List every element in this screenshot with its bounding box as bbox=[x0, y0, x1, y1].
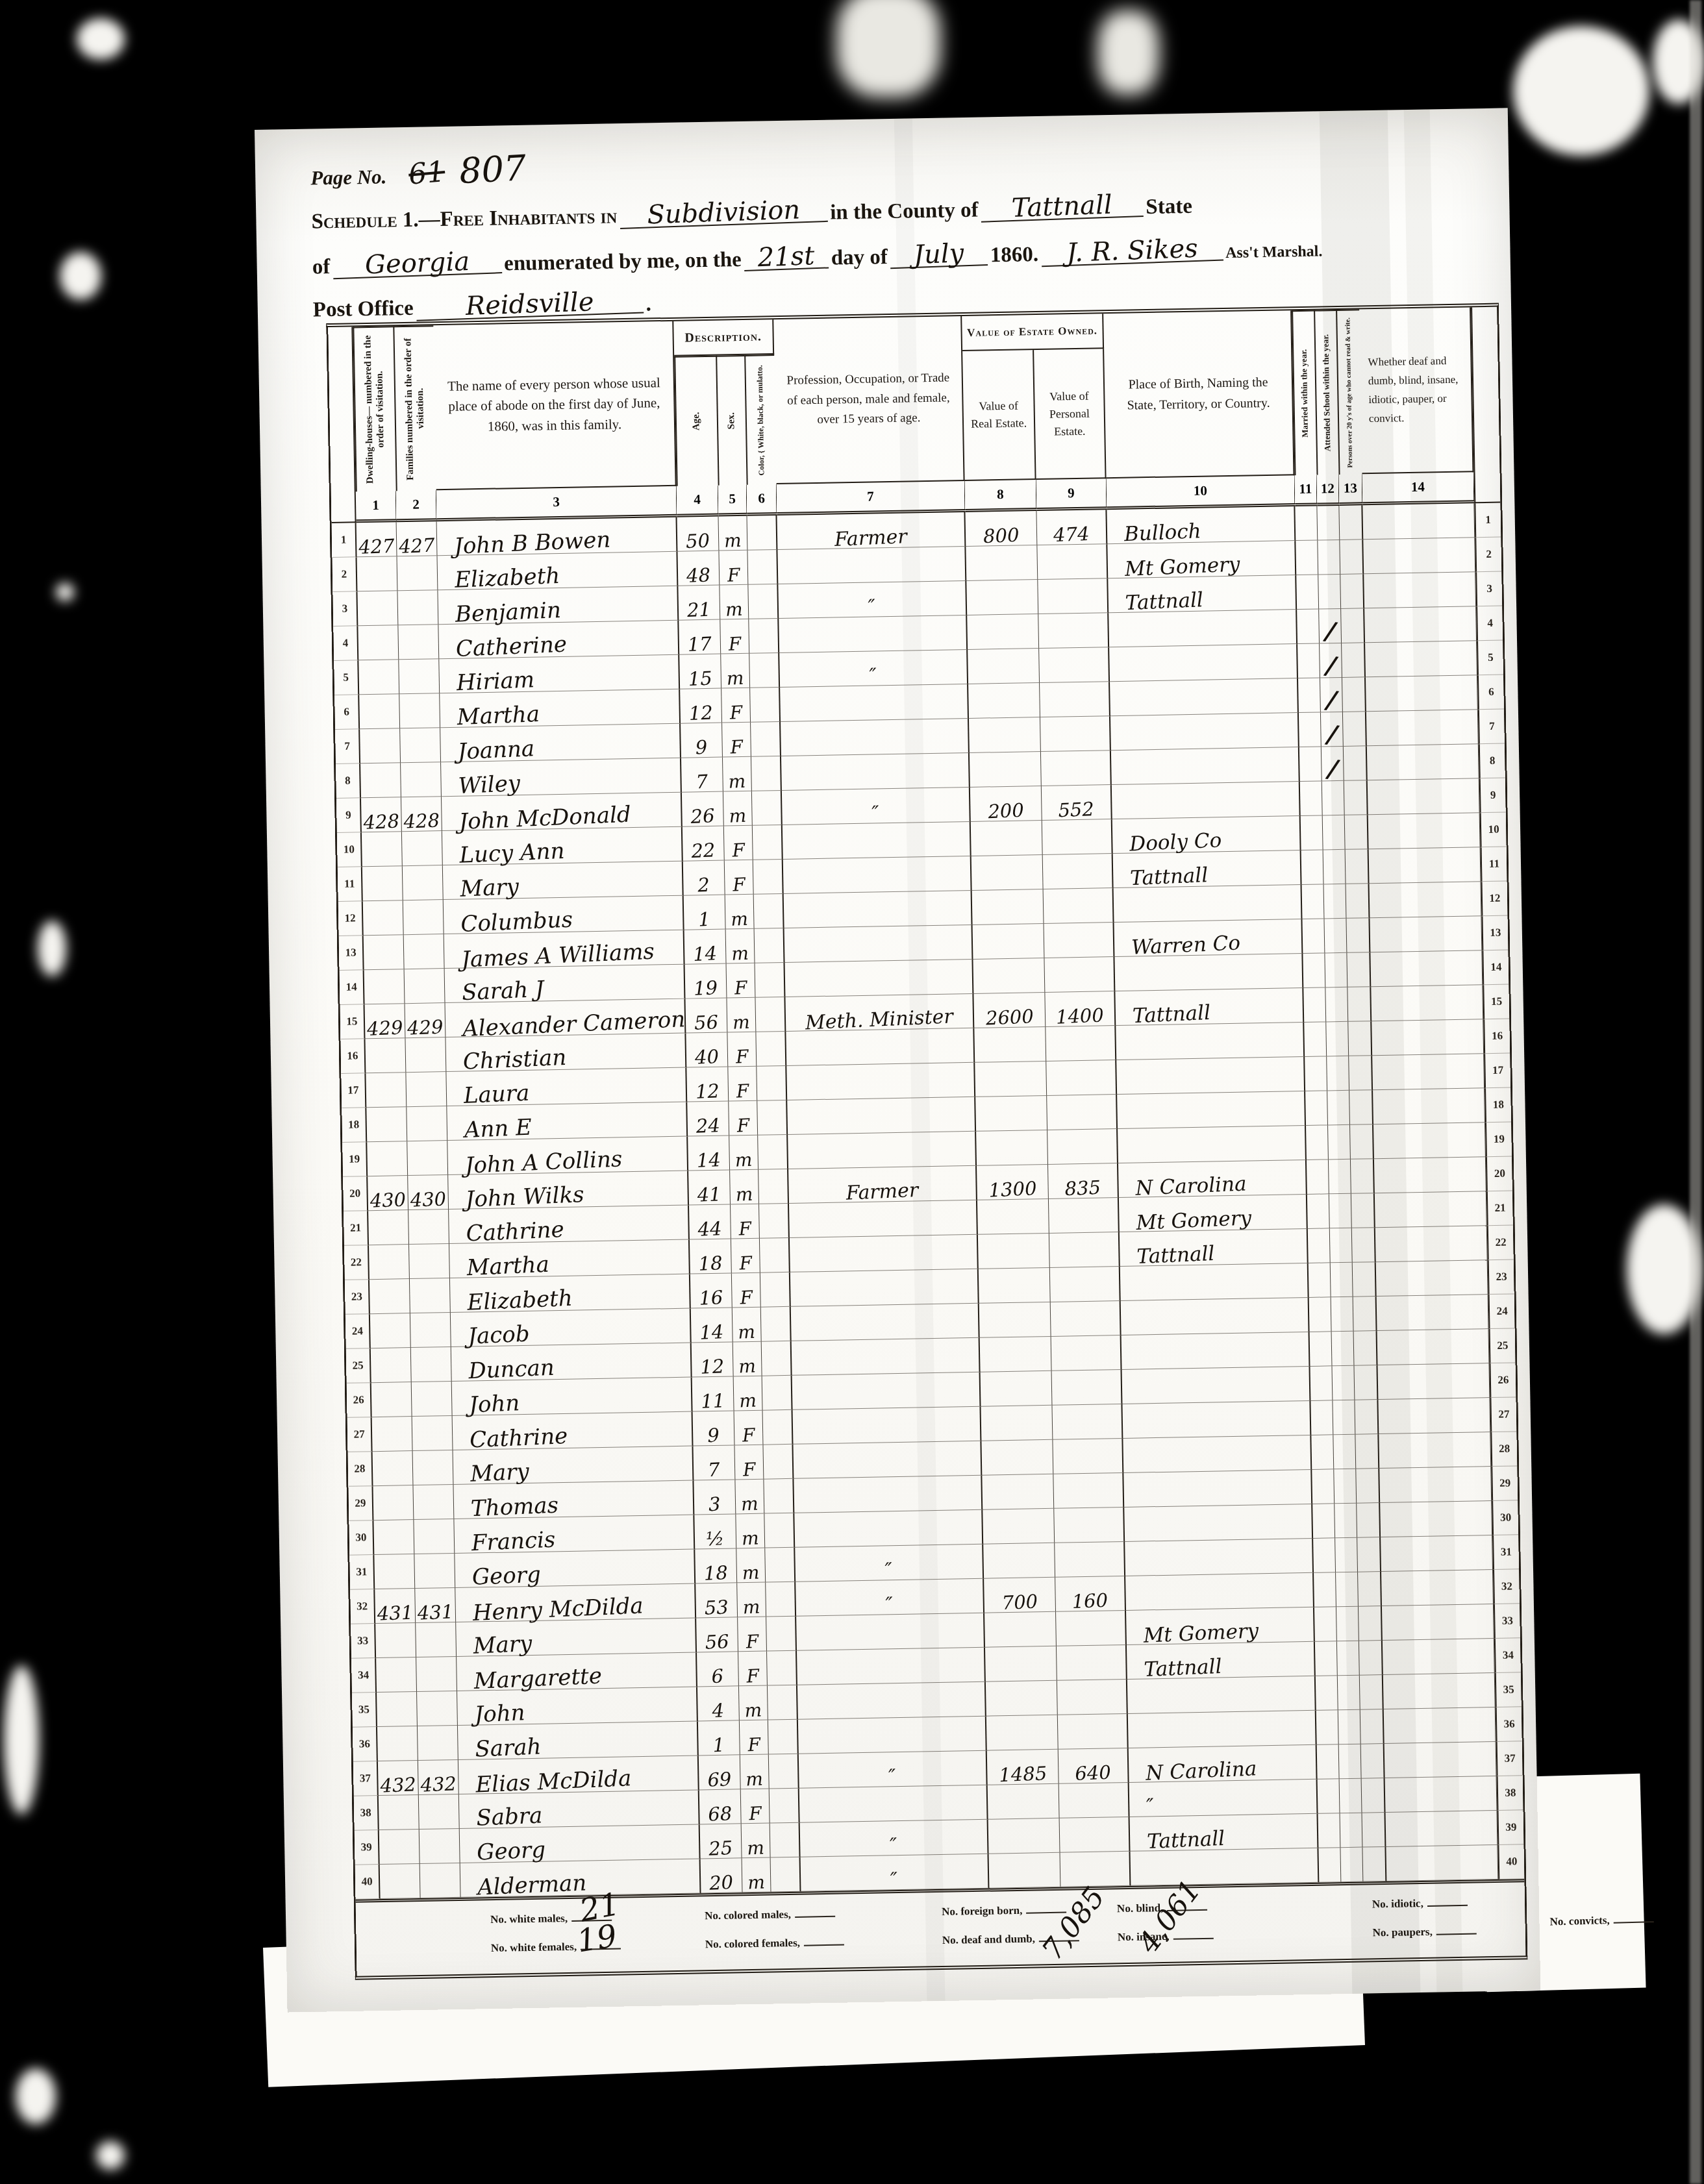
page-no-label: Page No. bbox=[310, 165, 387, 189]
cell-remarks bbox=[1364, 572, 1476, 608]
cell-real-estate bbox=[968, 649, 1040, 684]
row-number: 17 bbox=[341, 1073, 366, 1108]
cell-family-number bbox=[398, 625, 439, 660]
handwritten-entry: / bbox=[1324, 619, 1336, 643]
cell-color bbox=[761, 1307, 792, 1342]
scan-page: { "page": { "page_no_label": "Page No.",… bbox=[0, 0, 1704, 2184]
cell-remarks bbox=[1372, 1054, 1485, 1090]
handwritten-entry: Elizabeth bbox=[454, 565, 560, 590]
cell-dwelling-number bbox=[374, 1554, 415, 1589]
cell-color bbox=[760, 1238, 790, 1273]
row-number: 21 bbox=[1486, 1191, 1513, 1226]
cell-sex: m bbox=[719, 516, 748, 551]
row-number: 11 bbox=[1481, 847, 1507, 882]
cell-age: ½ bbox=[694, 1514, 736, 1549]
cell-married bbox=[1316, 1710, 1339, 1745]
cell-color bbox=[759, 1204, 790, 1239]
cell-color bbox=[768, 1685, 798, 1720]
cell-sex: m bbox=[721, 654, 750, 689]
handwritten-entry: F bbox=[736, 1083, 749, 1100]
cell-color bbox=[755, 997, 786, 1032]
cell-cannot-read bbox=[1354, 1365, 1378, 1400]
cell-real-estate bbox=[971, 855, 1044, 891]
cell-remarks bbox=[1377, 1363, 1490, 1400]
description-group-header: Description. bbox=[673, 319, 774, 356]
row-number: 11 bbox=[338, 867, 363, 902]
cell-family-number bbox=[420, 1863, 461, 1898]
cell-married bbox=[1303, 987, 1326, 1023]
handwritten-entry: Columbus bbox=[460, 909, 573, 935]
cell-family-number bbox=[397, 590, 438, 625]
cell-dwelling-number bbox=[373, 1520, 414, 1555]
row-number: 39 bbox=[355, 1830, 380, 1865]
cell-attended-school: / bbox=[1320, 643, 1342, 678]
cell-married bbox=[1314, 1607, 1337, 1642]
handwritten-entry: 1485 bbox=[998, 1765, 1047, 1785]
cell-real-estate: 700 bbox=[984, 1578, 1056, 1613]
cell-birthplace bbox=[1123, 1435, 1312, 1473]
handwritten-entry: 21 bbox=[686, 601, 711, 620]
cell-color bbox=[771, 1857, 801, 1892]
cell-real-estate bbox=[973, 958, 1045, 994]
handwritten-entry: 428 bbox=[363, 813, 400, 832]
cell-cannot-read bbox=[1346, 884, 1370, 919]
cell-age: 24 bbox=[687, 1101, 729, 1136]
cell-dwelling-number bbox=[364, 935, 405, 970]
handwritten-entry: 14 bbox=[696, 1152, 721, 1171]
cell-attended-school bbox=[1318, 540, 1340, 575]
cell-personal-estate bbox=[1057, 1680, 1128, 1715]
cell-attended-school bbox=[1326, 1022, 1349, 1057]
cell-attended-school bbox=[1329, 1160, 1351, 1195]
col-school-header: Attended School within the year. bbox=[1314, 310, 1338, 475]
cell-occupation bbox=[796, 1613, 985, 1651]
col-number: 11 bbox=[1295, 475, 1318, 507]
cell-cannot-read bbox=[1360, 1675, 1384, 1710]
cell-color bbox=[762, 1341, 792, 1376]
row-number: 36 bbox=[1496, 1707, 1522, 1742]
cell-married bbox=[1299, 712, 1322, 747]
cell-family-number bbox=[420, 1829, 460, 1864]
cell-occupation: ″ bbox=[782, 788, 971, 825]
footer-label: No. colored females, bbox=[705, 1936, 844, 1952]
row-number: 14 bbox=[1482, 950, 1509, 986]
handwritten-entry: John Wilks bbox=[465, 1184, 584, 1210]
cell-cannot-read bbox=[1339, 505, 1363, 540]
handwritten-entry: m bbox=[727, 670, 745, 688]
cell-married bbox=[1315, 1641, 1338, 1676]
row-number: 24 bbox=[345, 1314, 371, 1349]
cell-personal-estate bbox=[1040, 716, 1111, 752]
cell-family-number bbox=[410, 1278, 451, 1313]
row-number: 15 bbox=[1483, 984, 1509, 1019]
enumerated-label: enumerated by me, on the bbox=[504, 248, 742, 275]
handwritten-entry: 431 bbox=[377, 1604, 414, 1624]
cell-remarks bbox=[1371, 985, 1483, 1021]
cell-remarks bbox=[1382, 1604, 1494, 1641]
cell-personal-estate bbox=[1059, 1783, 1130, 1818]
cell-sex: F bbox=[724, 826, 753, 861]
handwritten-entry: Hiriam bbox=[456, 669, 534, 694]
handwritten-entry: 427 bbox=[398, 537, 435, 556]
cell-color bbox=[749, 619, 779, 654]
cell-family-number bbox=[400, 728, 441, 763]
cell-birthplace bbox=[1125, 1539, 1314, 1576]
cell-name: Cathrine bbox=[453, 1412, 694, 1450]
row-number: 7 bbox=[1478, 710, 1505, 745]
cell-sex: m bbox=[740, 1755, 770, 1790]
cell-cannot-read bbox=[1356, 1469, 1380, 1504]
handwritten-entry: 25 bbox=[708, 1840, 733, 1859]
handwritten-entry: 69 bbox=[707, 1771, 732, 1790]
cell-attended-school bbox=[1318, 575, 1341, 610]
handwritten-entry: m bbox=[728, 773, 746, 791]
cell-color bbox=[747, 515, 777, 551]
cell-family-number bbox=[412, 1416, 453, 1451]
row-number: 2 bbox=[1475, 538, 1501, 573]
cell-personal-estate bbox=[1054, 1508, 1125, 1543]
cell-family-number bbox=[405, 1037, 446, 1073]
cell-remarks bbox=[1366, 710, 1479, 746]
cell-birthplace: Mt Gomery bbox=[1119, 1195, 1308, 1232]
handwritten-entry: F bbox=[746, 1668, 760, 1685]
cell-family-number bbox=[416, 1622, 457, 1657]
cell-dwelling-number: 428 bbox=[361, 797, 402, 832]
cell-birthplace: Mt Gomery bbox=[1126, 1607, 1315, 1645]
cell-cannot-read bbox=[1353, 1297, 1377, 1332]
cell-birthplace bbox=[1111, 747, 1300, 785]
handwritten-entry: 40 bbox=[695, 1049, 720, 1067]
cell-color bbox=[764, 1513, 795, 1548]
handwritten-entry: 15 bbox=[688, 670, 712, 689]
cell-birthplace bbox=[1125, 1573, 1314, 1611]
cell-occupation: ″ bbox=[795, 1545, 984, 1582]
cell-occupation bbox=[793, 1441, 982, 1479]
row-number: 12 bbox=[338, 901, 364, 936]
row-number: 18 bbox=[1485, 1087, 1511, 1123]
cell-remarks bbox=[1373, 1088, 1485, 1124]
cell-dwelling-number: 431 bbox=[375, 1589, 416, 1624]
row-number: 39 bbox=[1497, 1810, 1523, 1845]
cell-cannot-read bbox=[1362, 1847, 1386, 1882]
handwritten-entry: 432 bbox=[380, 1776, 417, 1796]
cell-attended-school bbox=[1324, 919, 1347, 954]
cell-dwelling-number bbox=[359, 694, 400, 729]
cell-age: 4 bbox=[697, 1686, 740, 1721]
handwritten-entry: m bbox=[731, 911, 749, 929]
cell-birthplace bbox=[1120, 1263, 1309, 1301]
cell-remarks bbox=[1364, 606, 1477, 643]
cell-sex: m bbox=[733, 1308, 762, 1343]
cell-real-estate bbox=[976, 1130, 1048, 1166]
day-of-label: day of bbox=[831, 245, 888, 270]
row-number: 1 bbox=[1474, 503, 1501, 538]
cell-real-estate bbox=[986, 1681, 1058, 1717]
cell-age: 2 bbox=[683, 861, 725, 896]
cell-married bbox=[1311, 1435, 1334, 1470]
cell-remarks bbox=[1375, 1191, 1487, 1228]
cell-family-number bbox=[417, 1691, 458, 1726]
handwritten-entry: ″ bbox=[871, 804, 879, 823]
row-number: 13 bbox=[1481, 916, 1508, 951]
row-number: 6 bbox=[334, 695, 360, 730]
cell-personal-estate bbox=[1044, 888, 1114, 924]
cell-married bbox=[1314, 1572, 1336, 1607]
handwritten-entry: F bbox=[735, 1049, 749, 1066]
cell-family-number bbox=[399, 659, 440, 694]
cell-occupation bbox=[792, 1338, 981, 1376]
cell-color bbox=[770, 1789, 800, 1824]
cell-remarks bbox=[1383, 1673, 1496, 1709]
cell-married bbox=[1301, 815, 1323, 850]
handwritten-entry: 12 bbox=[700, 1358, 725, 1377]
cell-occupation: ″ bbox=[779, 650, 968, 688]
cell-sex: m bbox=[739, 1686, 768, 1721]
cell-married bbox=[1312, 1469, 1334, 1504]
cell-personal-estate bbox=[1040, 682, 1110, 717]
handwritten-entry: F bbox=[733, 876, 746, 894]
row-number: 37 bbox=[353, 1761, 379, 1796]
cell-occupation bbox=[797, 1648, 986, 1685]
cell-sex: m bbox=[726, 929, 755, 964]
handwritten-entry: Tattnall bbox=[1132, 1004, 1210, 1026]
cell-attended-school: / bbox=[1320, 678, 1343, 713]
month-handwritten: July bbox=[890, 241, 988, 269]
cell-cannot-read bbox=[1361, 1744, 1385, 1779]
county-handwritten: Tattnall bbox=[981, 192, 1144, 223]
cell-attended-school bbox=[1337, 1641, 1360, 1676]
row-number: 27 bbox=[347, 1417, 373, 1452]
cell-color bbox=[769, 1754, 799, 1789]
handwritten-entry: Dooly Co bbox=[1129, 831, 1222, 854]
cell-occupation bbox=[787, 1097, 976, 1135]
handwritten-entry: 430 bbox=[370, 1191, 407, 1211]
cell-married bbox=[1316, 1676, 1338, 1711]
cell-sex: m bbox=[729, 1135, 758, 1171]
handwritten-entry: N Carolina bbox=[1135, 1174, 1247, 1198]
cell-color bbox=[764, 1479, 794, 1514]
cell-sex: F bbox=[727, 963, 756, 999]
cell-family-number bbox=[407, 1106, 447, 1141]
right-gutter-header bbox=[1471, 307, 1500, 504]
cell-occupation bbox=[780, 684, 969, 722]
handwritten-entry: Tattnall bbox=[1144, 1657, 1222, 1680]
cell-birthplace: N Carolina bbox=[1129, 1745, 1318, 1783]
cell-cannot-read bbox=[1340, 540, 1364, 575]
handwritten-entry: Farmer bbox=[846, 1181, 919, 1202]
cell-birthplace: Tattnall bbox=[1127, 1642, 1316, 1680]
cell-color bbox=[750, 688, 781, 723]
cell-family-number bbox=[406, 1072, 447, 1107]
handwritten-entry: 18 bbox=[703, 1565, 728, 1583]
cell-sex: m bbox=[736, 1548, 766, 1583]
cell-dwelling-number bbox=[373, 1451, 414, 1486]
cell-color bbox=[752, 791, 783, 826]
cell-color bbox=[763, 1445, 794, 1480]
cell-age: 11 bbox=[692, 1376, 734, 1411]
handwritten-entry: Tattnall bbox=[1147, 1829, 1225, 1852]
cell-birthplace: N Carolina bbox=[1118, 1160, 1307, 1198]
cell-real-estate bbox=[986, 1715, 1059, 1751]
cell-color bbox=[760, 1272, 791, 1308]
cell-attended-school bbox=[1328, 1125, 1351, 1160]
cell-real-estate: 200 bbox=[970, 786, 1042, 822]
cell-age: 14 bbox=[684, 930, 727, 965]
cell-real-estate bbox=[974, 1027, 1046, 1063]
cell-cannot-read bbox=[1351, 1193, 1375, 1228]
film-speck bbox=[38, 921, 66, 976]
handwritten-entry: 700 bbox=[1001, 1593, 1038, 1613]
cell-family-number bbox=[416, 1657, 457, 1692]
handwritten-entry: Thomas bbox=[470, 1495, 558, 1519]
cell-personal-estate bbox=[1042, 819, 1113, 855]
handwritten-entry: 9 bbox=[707, 1427, 720, 1445]
cell-birthplace bbox=[1116, 1023, 1305, 1060]
cell-attended-school: / bbox=[1321, 712, 1344, 747]
cell-remarks bbox=[1381, 1535, 1493, 1572]
cell-married bbox=[1305, 1056, 1327, 1091]
footer-convicts-label: No. convicts, bbox=[1549, 1913, 1654, 1928]
cell-cannot-read bbox=[1350, 1124, 1374, 1160]
cell-family-number: 429 bbox=[405, 1003, 446, 1038]
cell-attended-school bbox=[1325, 987, 1348, 1023]
handwritten-entry: Benjamin bbox=[455, 599, 561, 625]
cell-dwelling-number bbox=[360, 728, 401, 763]
cell-married bbox=[1304, 1022, 1327, 1057]
cell-dwelling-number bbox=[368, 1210, 409, 1245]
cell-real-estate bbox=[980, 1337, 1052, 1372]
handwritten-entry: ″ bbox=[888, 1768, 896, 1787]
handwritten-entry: John McDonald bbox=[458, 804, 631, 832]
cell-dwelling-number bbox=[379, 1795, 420, 1830]
handwritten-entry: 1 bbox=[712, 1737, 725, 1755]
cell-sex: m bbox=[725, 895, 755, 930]
handwritten-entry: Georg bbox=[477, 1839, 546, 1863]
cell-personal-estate: 474 bbox=[1036, 510, 1107, 545]
handwritten-entry: Duncan bbox=[468, 1357, 555, 1382]
cell-attended-school bbox=[1338, 1710, 1361, 1745]
cell-real-estate: 2600 bbox=[973, 993, 1046, 1028]
cell-age: 6 bbox=[697, 1652, 739, 1687]
cell-age: 17 bbox=[679, 620, 721, 655]
cell-sex: m bbox=[723, 791, 753, 826]
cell-attended-school bbox=[1340, 1848, 1363, 1883]
cell-sex: F bbox=[731, 1204, 760, 1239]
cell-family-number bbox=[397, 556, 438, 591]
cell-family-number bbox=[418, 1726, 458, 1761]
cell-sex: F bbox=[741, 1789, 770, 1824]
cell-age: 16 bbox=[690, 1273, 733, 1308]
handwritten-entry: ″ bbox=[886, 1596, 894, 1615]
row-number: 31 bbox=[1492, 1535, 1519, 1570]
cell-personal-estate bbox=[1050, 1267, 1121, 1302]
cell-sex: m bbox=[742, 1824, 771, 1859]
blank-line bbox=[804, 1944, 844, 1946]
handwritten-entry: Georg bbox=[471, 1564, 541, 1588]
cell-attended-school bbox=[1331, 1263, 1353, 1298]
cell-real-estate bbox=[981, 1371, 1053, 1407]
cell-sex: F bbox=[740, 1720, 769, 1756]
cell-married bbox=[1308, 1228, 1331, 1263]
row-number: 34 bbox=[351, 1658, 377, 1693]
col-real-estate-header: Value of Real Estate. bbox=[962, 350, 1036, 481]
handwritten-entry: Mary bbox=[460, 876, 520, 900]
cell-color bbox=[758, 1135, 788, 1170]
col-number: 10 bbox=[1107, 475, 1296, 510]
cell-personal-estate bbox=[1046, 1060, 1117, 1096]
film-speck bbox=[56, 583, 74, 601]
handwritten-entry: 18 bbox=[698, 1255, 723, 1274]
cell-dwelling-number bbox=[372, 1417, 413, 1452]
col-number: 5 bbox=[718, 485, 747, 517]
cell-real-estate bbox=[971, 821, 1043, 856]
cell-dwelling-number bbox=[375, 1623, 416, 1658]
cell-color bbox=[768, 1720, 799, 1755]
handwritten-entry: 19 bbox=[694, 980, 718, 999]
cell-sex: F bbox=[732, 1273, 761, 1308]
schedule-title-line: Schedule 1.—Free Inhabitants in Subdivis… bbox=[311, 193, 1192, 234]
cell-dwelling-number bbox=[364, 969, 405, 1004]
cell-cannot-read bbox=[1359, 1641, 1383, 1676]
row-number: 5 bbox=[1477, 641, 1503, 676]
cell-personal-estate bbox=[1044, 923, 1115, 958]
handwritten-entry: F bbox=[745, 1633, 759, 1651]
cell-color bbox=[766, 1617, 797, 1652]
cell-sex: F bbox=[728, 1067, 757, 1102]
cell-color bbox=[766, 1582, 796, 1617]
row-number: 20 bbox=[343, 1176, 368, 1211]
handwritten-entry: John B Bowen bbox=[454, 529, 611, 557]
handwritten-entry: 26 bbox=[690, 808, 715, 826]
cell-sex: F bbox=[731, 1239, 760, 1274]
cell-married bbox=[1318, 1848, 1341, 1883]
film-edge-line bbox=[1690, 0, 1701, 2184]
handwritten-entry: Margarette bbox=[473, 1665, 602, 1692]
row-number: 4 bbox=[1476, 606, 1503, 641]
cell-married bbox=[1303, 953, 1325, 988]
cell-color bbox=[751, 722, 781, 757]
cell-birthplace bbox=[1128, 1711, 1317, 1748]
cell-sex: F bbox=[719, 551, 748, 586]
cell-real-estate bbox=[979, 1268, 1051, 1304]
cell-name: Columbus bbox=[444, 896, 684, 934]
handwritten-entry: Mary bbox=[470, 1461, 529, 1484]
cell-remarks bbox=[1370, 950, 1483, 987]
cell-cannot-read bbox=[1347, 987, 1372, 1022]
cell-age: 40 bbox=[686, 1032, 728, 1067]
cell-cannot-read bbox=[1360, 1709, 1384, 1744]
white-females-count: 19 bbox=[575, 1918, 620, 1960]
cell-dwelling-number bbox=[358, 625, 399, 660]
blank-line bbox=[1436, 1933, 1477, 1935]
handwritten-entry: m bbox=[742, 1530, 760, 1548]
cell-personal-estate bbox=[1049, 1232, 1120, 1268]
handwritten-entry: m bbox=[743, 1599, 761, 1617]
cell-birthplace bbox=[1114, 954, 1303, 991]
cell-cannot-read bbox=[1341, 608, 1365, 643]
handwritten-entry: F bbox=[727, 567, 740, 584]
cell-attended-school bbox=[1331, 1297, 1354, 1332]
cell-real-estate bbox=[978, 1234, 1050, 1269]
cell-color bbox=[749, 653, 780, 688]
film-speck bbox=[77, 18, 125, 60]
row-number: 8 bbox=[1479, 744, 1505, 779]
cell-personal-estate bbox=[1057, 1645, 1127, 1681]
cell-family-number bbox=[404, 934, 445, 969]
cell-dwelling-number bbox=[366, 1073, 407, 1108]
row-number: 27 bbox=[1490, 1397, 1516, 1432]
cell-birthplace bbox=[1110, 678, 1299, 716]
